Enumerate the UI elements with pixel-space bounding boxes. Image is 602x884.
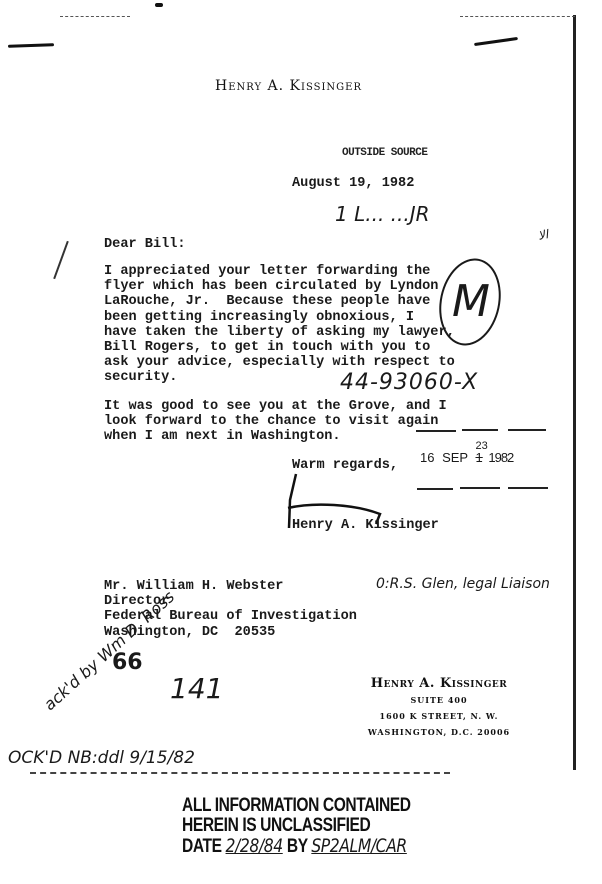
return-address: Henry A. Kissinger SUITE 400 1600 K STRE… [354, 676, 524, 737]
letterhead-name: Henry A. Kissinger [215, 78, 362, 94]
return-address-line: 1600 K STREET, N. W. [354, 711, 524, 721]
circled-initials: M [452, 280, 490, 324]
declassification-stamp: ALL INFORMATION CONTAINED HEREIN IS UNCL… [182, 796, 411, 857]
paragraph-line: Bill Rogers, to get in touch with you to [104, 340, 455, 355]
paragraph-line: look forward to the chance to visit agai… [104, 414, 447, 429]
scan-artifact-dashes [30, 772, 450, 774]
scan-mark [8, 43, 54, 48]
return-address-line: SUITE 400 [354, 695, 524, 705]
underline-mark [508, 487, 548, 489]
handwritten-routing-note: 0:R.S. Glen, legal Liaison [376, 576, 550, 592]
received-date-stamp: 16 SEP 1 23 1982 [420, 450, 513, 465]
acknowledgement-line: OCK'D NB:ddl 9/15/82 [8, 748, 195, 768]
return-address-line: WASHINGTON, D.C. 20006 [354, 727, 524, 737]
recipient-line: Mr. William H. Webster [104, 579, 357, 594]
scan-artifact-dashes [460, 16, 575, 18]
underline-mark [508, 429, 546, 431]
received-month: SEP [442, 450, 468, 465]
received-day: 16 [420, 450, 434, 465]
underline-mark [416, 430, 456, 432]
declass-line-1: ALL INFORMATION CONTAINED [182, 796, 411, 816]
paragraph-line: It was good to see you at the Grove, and… [104, 399, 447, 414]
declass-date-label: DATE [182, 836, 222, 857]
paragraph-line: when I am next in Washington. [104, 429, 447, 444]
paragraph-line: ask your advice, especially with respect… [104, 355, 455, 370]
signature-name: Henry A. Kissinger [292, 518, 439, 533]
handwritten-initials: 1 L... ...JR [335, 202, 430, 226]
paragraph-line: have taken the liberty of asking my lawy… [104, 325, 455, 340]
letter-date: August 19, 1982 [292, 176, 414, 191]
received-year: 1982 [488, 450, 513, 465]
paragraph-line: I appreciated your letter forwarding the [104, 264, 455, 279]
received-day-correction: 23 [476, 440, 488, 452]
underline-mark [462, 429, 498, 431]
received-day-struck: 1 23 [476, 450, 483, 465]
handwritten-margin-mark: ﺍﻟﺎ [537, 227, 549, 243]
outside-source-stamp: OUTSIDE SOURCE [342, 147, 427, 159]
file-number-annotation: 44-93060-X [340, 370, 478, 395]
serial-number: 141 [170, 672, 223, 705]
declass-by-value: SP2ALM/CAR [311, 835, 406, 857]
declass-date-value: 2/28/84 [226, 836, 283, 856]
return-address-name: Henry A. Kissinger [354, 676, 524, 691]
declass-date-row: DATE 2/28/84 BY SP2ALM/CAR [182, 836, 411, 857]
scan-mark [53, 241, 69, 279]
paragraph-line: flyer which has been circulated by Lyndo… [104, 279, 455, 294]
letter-paragraph-2: It was good to see you at the Grove, and… [104, 399, 447, 445]
paragraph-line: LaRouche, Jr. Because these people have [104, 294, 455, 309]
letter-paragraph-1: I appreciated your letter forwarding the… [104, 264, 455, 386]
declass-by-label: BY [287, 836, 308, 857]
declass-line-2: HEREIN IS UNCLASSIFIED [182, 816, 411, 836]
paragraph-line: been getting increasingly obnoxious, I [104, 310, 455, 325]
scan-mark [155, 3, 163, 7]
scan-border-right [573, 15, 576, 770]
underline-mark [417, 488, 453, 490]
salutation: Dear Bill: [104, 237, 186, 252]
scan-artifact-dashes [60, 16, 130, 18]
underline-mark [460, 487, 500, 489]
scan-mark [474, 37, 518, 46]
